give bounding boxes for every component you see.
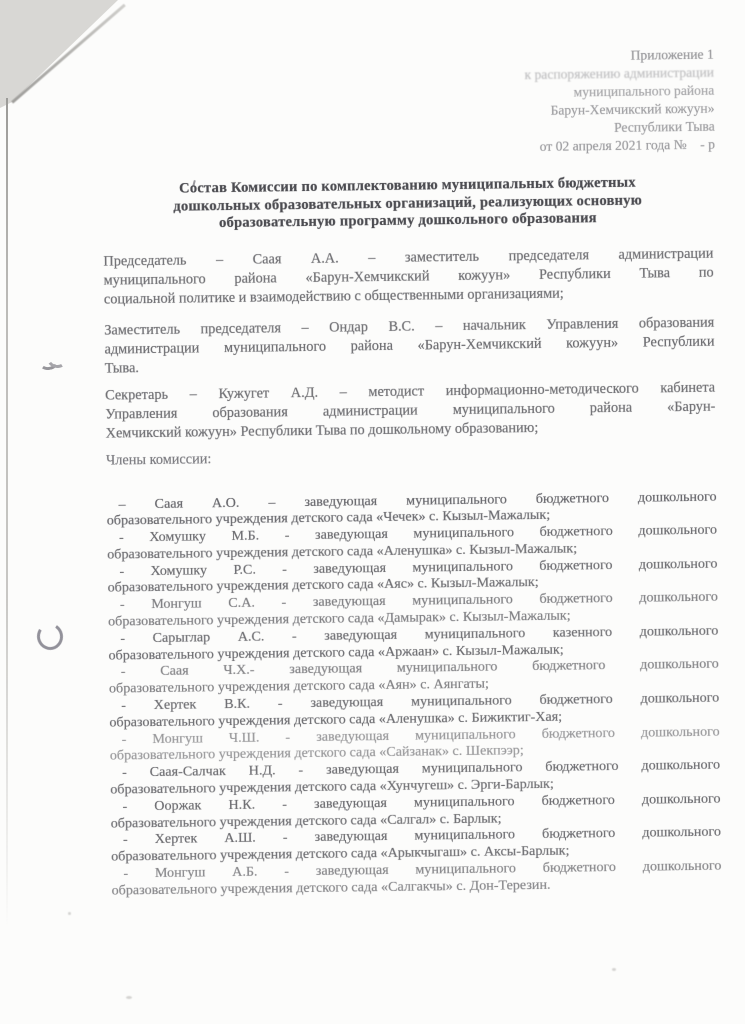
document-body: Состав Комиссии по комплектованию муници… (102, 174, 721, 900)
members-list: – Саая А.О. – заведующая муниципального … (106, 488, 721, 899)
document-content: Приложение 1к распоряжению администрации… (0, 0, 745, 1024)
members-label: Члены комиссии: (106, 443, 716, 470)
text-line: от 02 апреля 2021 года № - р (525, 136, 715, 156)
letterhead-block: Приложение 1к распоряжению администрации… (524, 46, 715, 156)
paragraph-deputy-chairman: Заместитель председателя – Ондар В.С. – … (104, 313, 715, 378)
document-page: Приложение 1к распоряжению администрации… (0, 0, 745, 1024)
paragraph-chairman: Председатель – Саая А.А. – заместитель п… (103, 244, 714, 309)
member-item: - Монгуш А.Б. - заведующая муниципальног… (111, 858, 721, 900)
paragraph-secretary: Секретарь – Кужугет А.Д. – методист инфо… (105, 378, 716, 443)
document-title: Состав Комиссии по комплектованию муници… (102, 174, 713, 234)
